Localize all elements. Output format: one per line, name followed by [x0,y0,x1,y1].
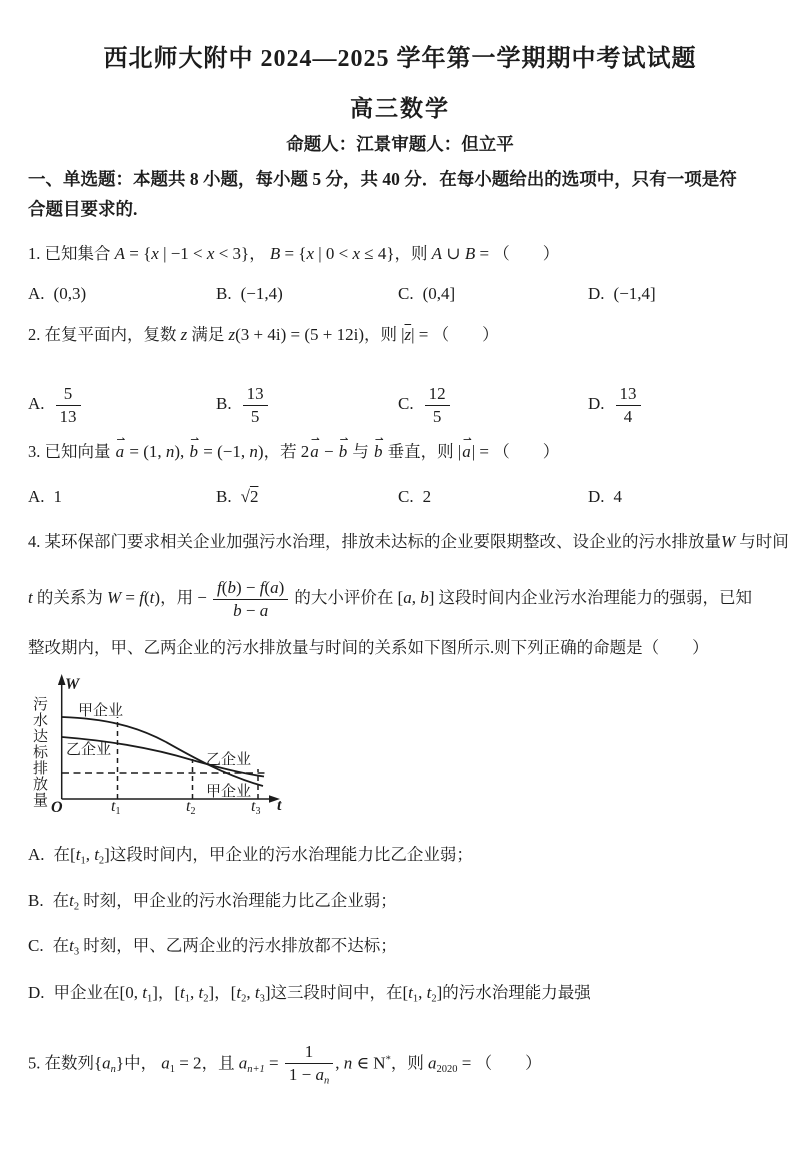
fraction-numerator: 5 [56,384,81,406]
text-segment: W [107,588,121,607]
fraction: f(b) − f(a)b − a [213,578,288,620]
q3-option-c: C.2 [398,487,588,507]
figure-label-yi-left: 乙企业 [66,738,111,759]
fraction: 134 [616,384,641,426]
vector-arrow-icon: ⇀ [463,433,472,448]
text-segment: = [265,1053,283,1072]
text-segment: (0,3) [54,284,87,303]
question-1-stem: 1. 已知集合 A = {x | −1 < x < 3}， B = {x | 0… [28,242,559,267]
text-segment: x [151,244,159,263]
option-label: C. [398,394,414,413]
text-segment: = { [280,244,306,263]
text-segment: 1 − [289,1065,316,1084]
text-segment: (−1,4] [614,284,656,303]
text-segment: n [344,1053,353,1072]
text-segment: A [432,244,442,263]
text-segment: ， [214,983,231,1002]
option-body: (0,3) [54,284,87,303]
q2-option-d: D.134 [588,384,772,426]
exam-title: 西北师大附中 2024—2025 学年第一学期期中考试试题 [0,38,800,73]
vector-symbol: ⇀b [339,440,348,465]
text-segment: 的污水治理能力最强 [442,983,591,1002]
text-segment: (3 + 4i) = (5 + 12i) [235,325,364,344]
text-segment: [0, [120,983,143,1002]
option-body: (−1,4) [241,284,283,303]
text-segment: − [197,588,211,607]
text-segment: ，则 [364,325,401,344]
figure-tick-t1: t1 [111,798,120,817]
vector-symbol: ⇀a [462,440,471,465]
exam-page: 西北师大附中 2024—2025 学年第一学期期中考试试题 高三数学 命题人：江… [0,0,800,1176]
text-segment: = [457,1053,475,1072]
option-body: 135 [241,394,270,413]
vector-arrow-icon: ⇀ [340,433,349,448]
text-segment: } [116,1053,124,1072]
section-header-line1: 一、单选题：本题共 8 小题，每小题 5 分，共 40 分．在每小题给出的选项中… [28,166,737,191]
text-segment: 12 [429,384,446,403]
text-segment: , [412,588,421,607]
question-1-options: A.(0,3) B.(−1,4) C.(0,4] D.(−1,4] [28,284,772,304]
text-segment: , [190,983,199,1002]
text-segment: n [249,442,258,461]
option-label: A. [28,487,45,506]
text-segment: , [246,983,255,1002]
text-segment: b [420,588,429,607]
text-segment: b [227,578,236,597]
text-segment: 13 [620,384,637,403]
text-segment: x [353,244,361,263]
text-segment: = { [125,244,151,263]
text-segment: ∈ N [352,1053,385,1072]
fraction-numerator: f(b) − f(a) [213,578,288,600]
q1-option-a: A.(0,3) [28,284,216,304]
text-segment: a [239,1053,248,1072]
text-segment: ，若 [264,442,301,461]
text-segment: 时刻，甲、乙两企业的污水排放都不达标； [79,936,397,955]
q1-option-b: B.(−1,4) [216,284,398,304]
text-segment: 1 [305,1042,314,1061]
option-label: D. [588,487,605,506]
fraction-numerator: 1 [285,1042,333,1064]
text-segment: 的大小评价在 [290,588,397,607]
figure-vertical-axis-caption: 污水达标排放量 [31,696,46,808]
q3-option-d: D.4 [588,487,772,507]
sqrt-expression: √2 [241,487,260,506]
text-segment: 中， [124,1053,161,1072]
fraction-denominator: 13 [56,406,81,427]
text-segment: = [475,244,493,263]
text-segment: | −1 < [159,244,207,263]
option-body: 在t2 时刻，甲企业的污水治理能力比乙企业弱； [53,891,397,910]
text-segment: = 2 [175,1053,202,1072]
q4-option-d: D.甲企业在[0, t1]，[t1, t2]，[t2, t3]这三段时间中，在[… [28,981,591,1007]
text-segment: ), [174,442,188,461]
text-segment: 4. 某环保部门要求相关企业加强污水治理，排放未达标的企业要限期整改、设企业的污… [28,532,721,551]
option-label: C. [398,284,414,303]
text-segment: 这段时间内企业污水治理能力的强弱，已知 [434,588,752,607]
text-segment: = [121,588,139,607]
text-segment: ，且 [202,1053,239,1072]
fraction: 513 [56,384,81,426]
q4-option-a: A.在[t1, t2]这段时间内，甲企业的污水治理能力比乙企业弱； [28,843,473,869]
vector-arrow-icon: ⇀ [190,433,199,448]
text-segment: − [242,601,260,620]
text-segment: 垂直，则 [384,442,458,461]
text-segment: (0,4] [423,284,456,303]
option-body: 134 [614,394,643,413]
text-segment: 13 [60,407,77,426]
text-segment: 1. 已知集合 [28,244,115,263]
option-label: B. [216,487,232,506]
text-segment: a [315,1065,324,1084]
text-segment: （ ） [433,325,499,344]
question-3-stem: 3. 已知向量 ⇀a = (1, n), ⇀b = (−1, n)，若 2⇀a … [28,440,559,465]
text-segment: , [335,1053,344,1072]
text-segment: 时刻，甲企业的污水治理能力比乙企业弱； [79,891,397,910]
option-body: 甲企业在[0, t1]，[t1, t2]，[t2, t3]这三段时间中，在[t1… [54,983,591,1002]
text-segment: ) − [236,578,260,597]
fraction-numerator: 13 [616,384,641,406]
text-segment: a [260,601,269,620]
fraction-numerator: 12 [425,384,450,406]
text-segment: { [94,1053,102,1072]
text-segment: 4 [624,407,633,426]
vector-symbol: ⇀b [190,440,199,465]
question-4-stem-line1: 4. 某环保部门要求相关企业加强污水治理，排放未达标的企业要限期整改、设企业的污… [28,530,789,555]
question-2-options: A.513 B.135 C.125 D.134 [28,384,772,426]
text-segment: 在 [53,891,70,910]
text-segment: ，用 [160,588,197,607]
text-segment: 在 [53,936,70,955]
option-label: A. [28,284,45,303]
vector-symbol: ⇀b [374,440,383,465]
text-segment: 13 [247,384,264,403]
text-segment: B [270,244,280,263]
option-label: C. [28,936,44,955]
text-segment: | = [472,442,494,461]
text-segment: n [324,1075,329,1086]
q1-option-d: D.(−1,4] [588,284,772,304]
q1-option-c: C.(0,4] [398,284,588,304]
option-body: 在t3 时刻，甲、乙两企业的污水排放都不达标； [53,936,397,955]
text-segment: ， [158,983,175,1002]
q2-option-c: C.125 [398,384,588,426]
option-label: B. [216,394,232,413]
q2-option-b: B.135 [216,384,398,426]
question-4-stem-line3: 整改期内，甲、乙两企业的污水排放量与时间的关系如下图所示.则下列正确的命题是（ … [28,636,709,660]
vector-symbol: ⇀a [310,440,319,465]
text-segment: | = [411,325,433,344]
text-segment: 3. 已知向量 [28,442,115,461]
text-segment: , [86,845,95,864]
option-label: C. [398,487,414,506]
text-segment: 2020 [436,1064,457,1075]
fraction: 135 [243,384,268,426]
text-segment: | 0 < [314,244,353,263]
text-segment: 2. 在复平面内，复数 [28,325,181,344]
text-segment: n+1 [247,1064,265,1075]
figure-tick-t2: t2 [186,798,195,817]
text-segment: < 3} [214,244,249,263]
option-body: 513 [54,394,83,413]
q3-option-b: B.√2 [216,487,398,507]
discharge-time-figure: W 污水达标排放量 甲企业 乙企业 乙企业 甲企业 O t1 t2 t3 t [30,670,300,825]
text-segment: ) [279,578,285,597]
figure-label-jia-bottom: 甲企业 [206,780,251,801]
text-segment: 4 [614,487,623,506]
text-segment: b [233,601,242,620]
option-body: 2 [423,487,432,506]
figure-origin-label: O [51,799,63,817]
figure-label-yi-right: 乙企业 [206,748,251,769]
fraction: 125 [425,384,450,426]
option-body: 1 [54,487,63,506]
q2-option-a: A.513 [28,384,216,426]
text-segment: ≤ 4} [360,244,395,263]
question-5-stem: 5. 在数列{an}中， a1 = 2，且 an+1 = 11 − an, n … [28,1042,542,1087]
text-segment: 1 [54,487,63,506]
q4-option-c: C.在t3 时刻，甲、乙两企业的污水排放都不达标； [28,934,397,960]
question-4-stem-line2: t 的关系为 W = f(t)，用 − f(b) − f(a)b − a 的大小… [28,578,752,620]
fraction-denominator: 5 [425,406,450,427]
text-segment: 这三段时间中，在 [270,983,402,1002]
question-3-options: A.1 B.√2 C.2 D.4 [28,487,772,507]
text-segment: A [115,244,125,263]
text-segment: 5. 在数列 [28,1053,94,1072]
text-segment: 与时间 [735,532,789,551]
option-label: B. [28,891,44,910]
text-segment: = (1, [125,442,166,461]
text-segment: 在 [54,845,71,864]
text-segment: a [270,578,279,597]
q3-option-a: A.1 [28,487,216,507]
text-segment: B [465,244,475,263]
text-segment: 5 [64,384,73,403]
text-segment: 满足 [187,325,228,344]
text-segment: 与 [348,442,373,461]
text-segment: （ ） [493,442,559,461]
vector-arrow-icon: ⇀ [311,433,320,448]
text-segment: 甲企业在 [54,983,120,1002]
fraction-denominator: 1 − an [285,1064,333,1088]
text-segment: | [458,442,461,461]
text-segment: a [161,1053,170,1072]
text-segment: 5 [251,407,260,426]
text-segment: 5 [433,407,442,426]
text-segment: 2 [301,442,310,461]
text-segment: ，则 [391,1053,428,1072]
text-segment: ， [249,244,270,263]
figure-w-axis-label: W [65,676,79,694]
tick-sub: 2 [190,806,195,817]
text-segment: ，则 [395,244,432,263]
figure-t-axis-label: t [277,797,281,815]
option-body: (0,4] [423,284,456,303]
option-label: D. [588,284,605,303]
fraction: 11 − an [285,1042,333,1087]
option-label: D. [28,983,45,1002]
option-body: 4 [614,487,623,506]
text-segment: = (−1, [199,442,249,461]
vector-arrow-icon: ⇀ [116,433,125,448]
text-segment: (−1,4) [241,284,283,303]
examiners-line: 命题人：江景审题人：但立平 [0,131,800,156]
vector-symbol: ⇀a [116,440,125,465]
fraction-denominator: 4 [616,406,641,427]
figure-label-jia-top: 甲企业 [78,699,123,720]
option-body: (−1,4] [614,284,656,303]
figure-tick-t3: t3 [251,798,260,817]
question-2-stem: 2. 在复平面内，复数 z 满足 z(3 + 4i) = (5 + 12i)，则… [28,323,499,348]
exam-subtitle: 高三数学 [0,90,800,123]
text-segment: ∪ [442,244,465,263]
text-segment: a [403,588,412,607]
option-label: D. [588,394,605,413]
fraction-numerator: 13 [243,384,268,406]
vector-arrow-icon: ⇀ [375,433,384,448]
text-segment: 整改期内，甲、乙两企业的污水排放量与时间的关系如下图所示.则下列正确的命题是（ … [28,638,709,657]
option-body: 在[t1, t2]这段时间内，甲企业的污水治理能力比乙企业弱； [54,845,473,864]
tick-sub: 3 [255,806,260,817]
text-segment: x [306,244,314,263]
text-segment: , [418,983,427,1002]
option-label: B. [216,284,232,303]
text-segment: 这段时间内，甲企业的污水治理能力比乙企业弱； [110,845,473,864]
q4-option-b: B.在t2 时刻，甲企业的污水治理能力比乙企业弱； [28,889,397,915]
text-segment: − [320,442,338,461]
text-segment: 2 [423,487,432,506]
option-label: A. [28,845,45,864]
sqrt-radicand: 2 [250,487,260,506]
option-body: √2 [241,487,260,506]
option-body: 125 [423,394,452,413]
tick-sub: 1 [115,806,120,817]
text-segment: （ ） [493,244,559,263]
text-segment: W [721,532,735,551]
text-segment: 的关系为 [33,588,107,607]
option-label: A. [28,394,45,413]
fraction-denominator: b − a [213,600,288,621]
fraction-denominator: 5 [243,406,268,427]
text-segment: a [102,1053,111,1072]
section-header-line2: 合题目要求的. [28,196,137,221]
text-segment: （ ） [476,1053,542,1072]
